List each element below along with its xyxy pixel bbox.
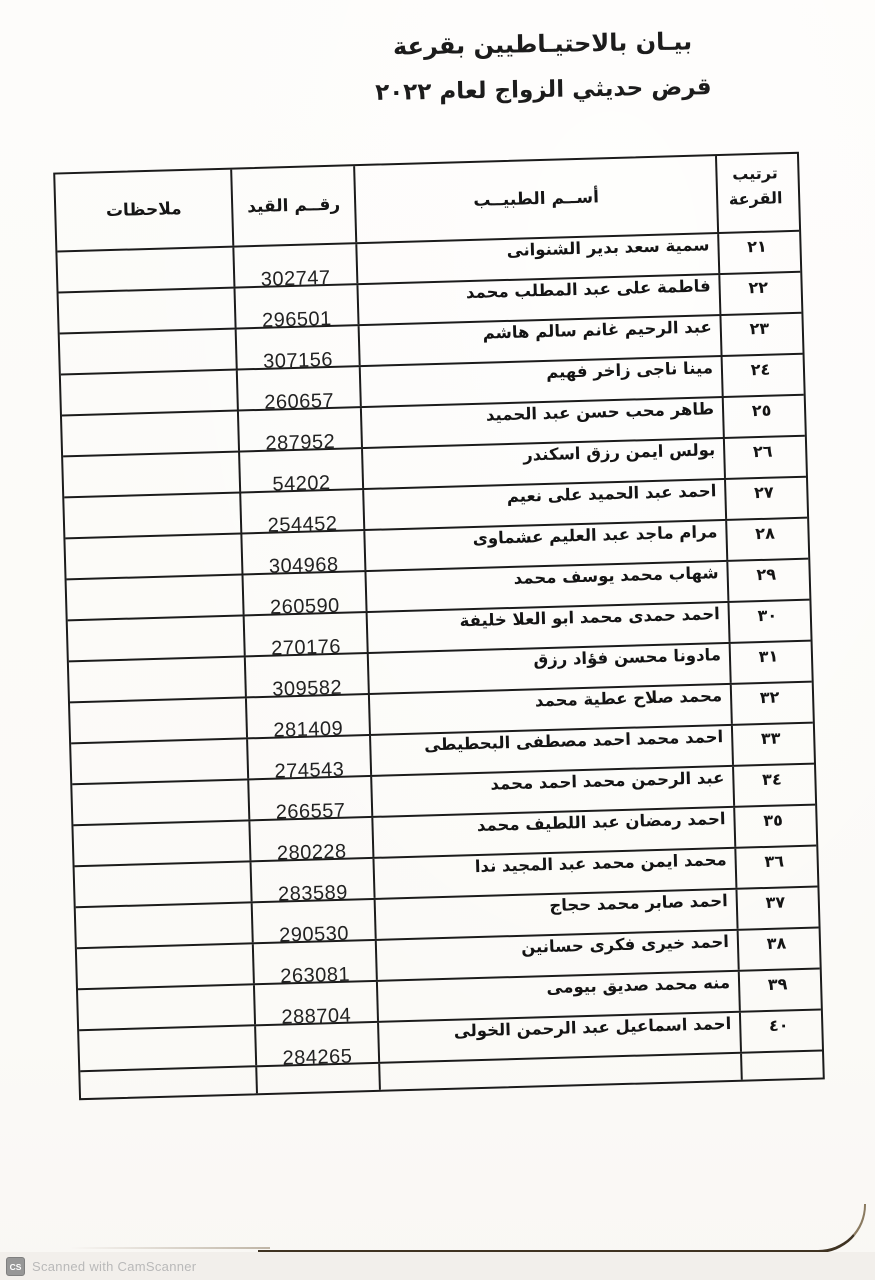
row-lottery-order-cell: ٢٤ xyxy=(721,355,799,396)
registration-number-value: 284265 xyxy=(282,1046,352,1071)
row-registration-number-cell: 270176 xyxy=(243,613,367,655)
camscanner-watermark-text: Scanned with CamScanner xyxy=(32,1259,196,1274)
registration-number-value: 309582 xyxy=(272,677,342,702)
registration-number-value: 283589 xyxy=(278,882,348,907)
registration-number-value: 254452 xyxy=(267,513,337,538)
paper-bottom-edge-faint xyxy=(70,1247,270,1249)
row-lottery-order-cell: ٤٠ xyxy=(739,1011,817,1052)
row-notes-cell xyxy=(71,739,247,783)
row-registration-number-cell: 263081 xyxy=(252,941,376,983)
row-lottery-order-cell: ٣٦ xyxy=(734,847,812,888)
document-title-block: بيـان بالاحتيـاطيين بقرعة قرض حديثي الزو… xyxy=(292,26,793,109)
row-registration-number-cell: 307156 xyxy=(235,326,359,368)
row-registration-number-cell: 290530 xyxy=(251,900,375,942)
registration-number-value: 307156 xyxy=(263,349,333,374)
row-lottery-order-cell: ٣٣ xyxy=(731,724,809,765)
row-notes-cell xyxy=(59,289,235,333)
row-registration-number-cell: 254452 xyxy=(239,490,363,532)
row-notes-cell xyxy=(63,453,239,497)
row-lottery-order-cell: ٢١ xyxy=(717,232,795,273)
row-lottery-order-cell: ٢٩ xyxy=(726,560,804,601)
row-registration-number-cell: 281409 xyxy=(245,695,369,737)
row-lottery-order-cell: ٣٠ xyxy=(727,601,805,642)
row-notes-cell xyxy=(61,371,237,415)
row-lottery-order-cell: ٢٢ xyxy=(718,273,796,314)
row-lottery-order-cell: ٣٢ xyxy=(730,683,808,724)
row-lottery-order-cell: ٢٥ xyxy=(722,396,800,437)
row-notes-cell xyxy=(77,944,253,988)
row-registration-number-cell: 260590 xyxy=(242,572,366,614)
registration-number-value: 260657 xyxy=(264,390,334,415)
row-registration-number-cell: 304968 xyxy=(240,531,364,573)
row-lottery-order-cell: ٢٧ xyxy=(724,478,802,519)
row-notes-cell xyxy=(78,985,254,1029)
registration-number-value: 281409 xyxy=(273,718,343,743)
row-registration-number-cell: 287952 xyxy=(237,408,361,450)
document-title-line2: قرض حديثي الزواج لعام ٢٠٢٢ xyxy=(293,72,793,108)
header-lottery-order: ترتيب القرعة xyxy=(715,154,794,232)
registration-number-value: 260590 xyxy=(270,595,340,620)
row-registration-number-cell: 260657 xyxy=(236,367,360,409)
filler-notes-cell xyxy=(80,1067,256,1098)
row-lottery-order-cell: ٣٤ xyxy=(732,765,810,806)
row-notes-cell xyxy=(68,616,244,660)
header-registration-number: رقــم القيد xyxy=(230,166,355,245)
row-notes-cell xyxy=(65,535,241,579)
row-lottery-order-cell: ٣٩ xyxy=(738,970,816,1011)
row-notes-cell xyxy=(67,575,243,619)
registration-number-value: 270176 xyxy=(271,636,341,661)
header-notes: ملاحظات xyxy=(55,170,232,251)
row-notes-cell xyxy=(75,862,251,906)
row-registration-number-cell: 284265 xyxy=(254,1023,378,1065)
row-registration-number-cell: 296501 xyxy=(233,285,357,327)
row-notes-cell xyxy=(64,494,240,538)
registration-number-value: 290530 xyxy=(279,923,349,948)
lottery-table: ملاحظات رقــم القيد أســم الطبيــب ترتيب… xyxy=(53,152,825,1100)
row-lottery-order-cell: ٣٨ xyxy=(737,929,815,970)
row-lottery-order-cell: ٣٧ xyxy=(735,888,813,929)
camscanner-watermark: CS Scanned with CamScanner xyxy=(6,1257,196,1276)
scanned-page-background: بيـان بالاحتيـاطيين بقرعة قرض حديثي الزو… xyxy=(0,0,875,1280)
filler-order-cell xyxy=(740,1052,818,1080)
row-notes-cell xyxy=(62,412,238,456)
row-registration-number-cell: 274543 xyxy=(246,736,370,778)
header-doctor-name: أســم الطبيــب xyxy=(353,156,717,242)
row-registration-number-cell: 302747 xyxy=(232,244,356,286)
registration-number-value: 263081 xyxy=(280,964,350,989)
row-lottery-order-cell: ٢٦ xyxy=(723,437,801,478)
header-lottery-order-line2: القرعة xyxy=(729,186,783,212)
registration-number-value: 266557 xyxy=(275,800,345,825)
row-registration-number-cell: 266557 xyxy=(247,777,371,819)
row-notes-cell xyxy=(72,780,248,824)
row-registration-number-cell: 288704 xyxy=(253,982,377,1024)
registration-number-value: 296501 xyxy=(262,308,332,333)
row-lottery-order-cell: ٢٨ xyxy=(725,519,803,560)
row-registration-number-cell: 54202 xyxy=(238,449,362,491)
row-notes-cell xyxy=(79,1026,255,1070)
registration-number-value: 304968 xyxy=(269,554,339,579)
registration-number-value: 287952 xyxy=(265,431,335,456)
row-notes-cell xyxy=(69,657,245,701)
header-lottery-order-line1: ترتيب xyxy=(732,161,778,187)
row-lottery-order-cell: ٣٥ xyxy=(733,806,811,847)
row-registration-number-cell: 280228 xyxy=(248,818,372,860)
row-lottery-order-cell: ٢٣ xyxy=(719,314,797,355)
registration-number-value: 274543 xyxy=(274,759,344,784)
row-notes-cell xyxy=(57,248,233,292)
row-notes-cell xyxy=(60,330,236,374)
document-title-line1: بيـان بالاحتيـاطيين بقرعة xyxy=(292,26,792,64)
row-registration-number-cell: 283589 xyxy=(250,859,374,901)
registration-number-value: 280228 xyxy=(277,841,347,866)
camscanner-logo-icon: CS xyxy=(6,1257,25,1276)
row-lottery-order-cell: ٣١ xyxy=(729,642,807,683)
row-notes-cell xyxy=(76,903,252,947)
registration-number-value: 302747 xyxy=(261,267,331,292)
row-notes-cell xyxy=(73,821,249,865)
paper-bottom-edge xyxy=(258,1204,866,1253)
registration-number-value: 54202 xyxy=(272,472,331,497)
registration-number-value: 288704 xyxy=(281,1005,351,1030)
row-registration-number-cell: 309582 xyxy=(244,654,368,696)
row-notes-cell xyxy=(70,698,246,742)
